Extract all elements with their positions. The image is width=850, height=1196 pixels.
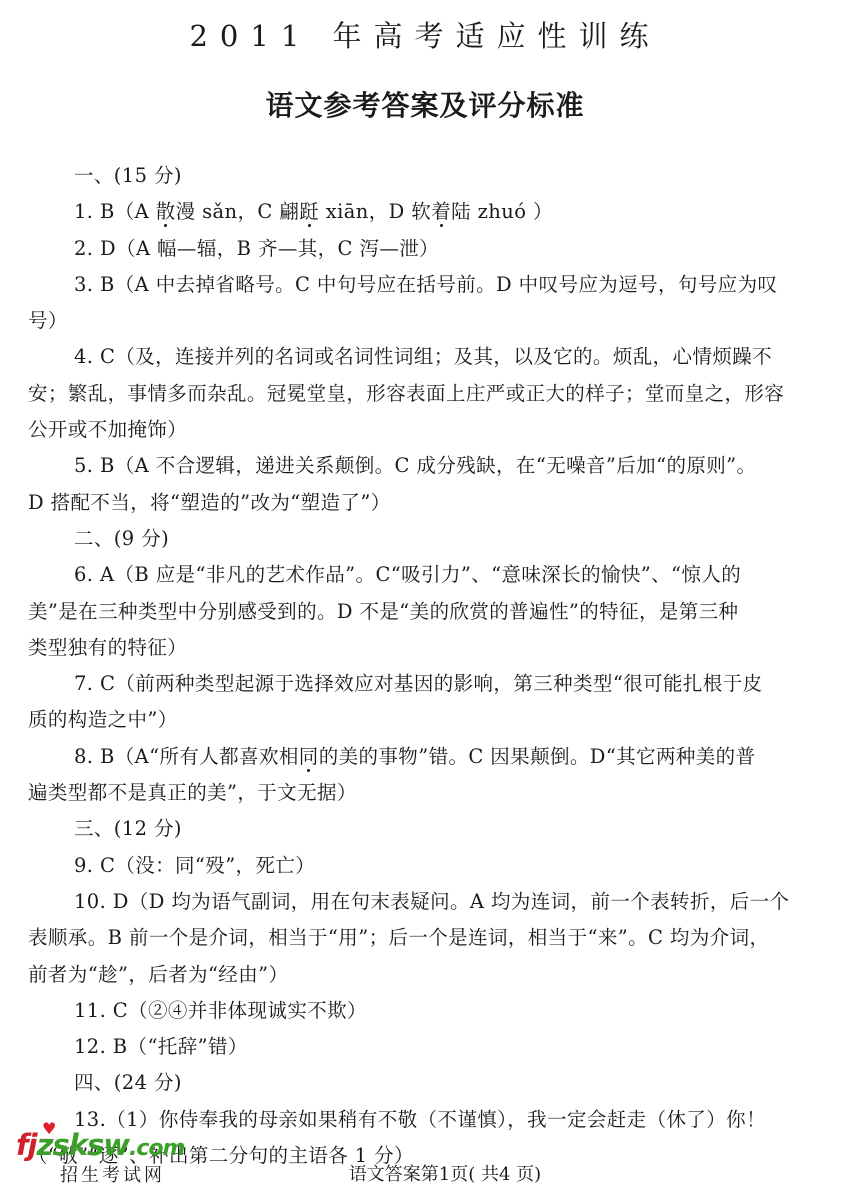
- answer-q2: 2. D（A 幅—辐，B 齐—其，C 泻—泄）: [28, 231, 836, 267]
- answer-q10-line3: 前者为“趁”，后者为“经由”）: [28, 957, 836, 993]
- answer-q1: 1. B（A 散漫 sǎn，C 翩跹 xiān，D 软着陆 zhuó ）: [28, 194, 836, 230]
- answer-q4-line1: 4. C（及，连接并列的名词或名词性词组；及其，以及它的。烦乱，心情烦躁不: [28, 339, 836, 375]
- answer-q7-line1: 7. C（前两种类型起源于选择效应对基因的影响，第三种类型“很可能扎根于皮: [28, 666, 836, 702]
- document-subtitle: 语文参考答案及评分标准: [0, 84, 850, 124]
- answer-q8-line2: 遍类型都不是真正的美”，于文无据）: [28, 775, 836, 811]
- section-heading-4: 四、(24 分): [28, 1065, 836, 1101]
- section-heading-1: 一、(15 分): [28, 158, 836, 194]
- answer-q6-line2: 美”是在三种类型中分别感受到的。D 不是“美的欣赏的普遍性”的特征，是第三种: [28, 594, 836, 630]
- section-heading-3: 三、(12 分): [28, 811, 836, 847]
- section-heading-2: 二、(9 分): [28, 521, 836, 557]
- answer-q9: 9. C（没：同“殁”，死亡）: [28, 848, 836, 884]
- answer-q4-line2: 安；繁乱，事情多而杂乱。冠冕堂皇，形容表面上庄严或正大的样子；堂而皇之，形容: [28, 376, 836, 412]
- answer-q11: 11. C（②④并非体现诚实不欺）: [28, 993, 836, 1029]
- answer-q12: 12. B（“托辞”错）: [28, 1029, 836, 1065]
- answer-q3-line2: 号）: [28, 303, 836, 339]
- answer-q10-line1: 10. D（D 均为语气副词，用在句末表疑问。A 均为连词，前一个表转折，后一个: [28, 884, 836, 920]
- answer-q8-line1: 8. B（A“所有人都喜欢相同的美的事物”错。C 因果颠倒。D“其它两种美的普: [28, 739, 836, 775]
- answer-q5-line1: 5. B（A 不合逻辑，递进关系颠倒。C 成分残缺，在“无噪音”后加“的原则”。: [28, 448, 836, 484]
- logo-brand: fjzsksw.com: [16, 1128, 184, 1162]
- document-title: 2011 年高考适应性训练: [0, 14, 850, 55]
- answer-q6-line1: 6. A（B 应是“非凡的艺术作品”。C“吸引力”、“意味深长的愉快”、“惊人的: [28, 557, 836, 593]
- answer-q6-line3: 类型独有的特征）: [28, 630, 836, 666]
- answer-q7-line2: 质的构造之中”）: [28, 702, 836, 738]
- answer-q3-line1: 3. B（A 中去掉省略号。C 中句号应在括号前。D 中叹号应为逗号，句号应为叹: [28, 267, 836, 303]
- page-footer: 语文答案第1页( 共4 页): [0, 1160, 850, 1186]
- answer-body: 一、(15 分) 1. B（A 散漫 sǎn，C 翩跹 xiān，D 软着陆 z…: [28, 158, 836, 1174]
- answer-q10-line2: 表顺承。B 前一个是介词，相当于“用”；后一个是连词，相当于“来”。C 均为介词…: [28, 920, 836, 956]
- answer-q4-line3: 公开或不加掩饰）: [28, 412, 836, 448]
- answer-q5-line2: D 搭配不当，将“塑造的”改为“塑造了”）: [28, 485, 836, 521]
